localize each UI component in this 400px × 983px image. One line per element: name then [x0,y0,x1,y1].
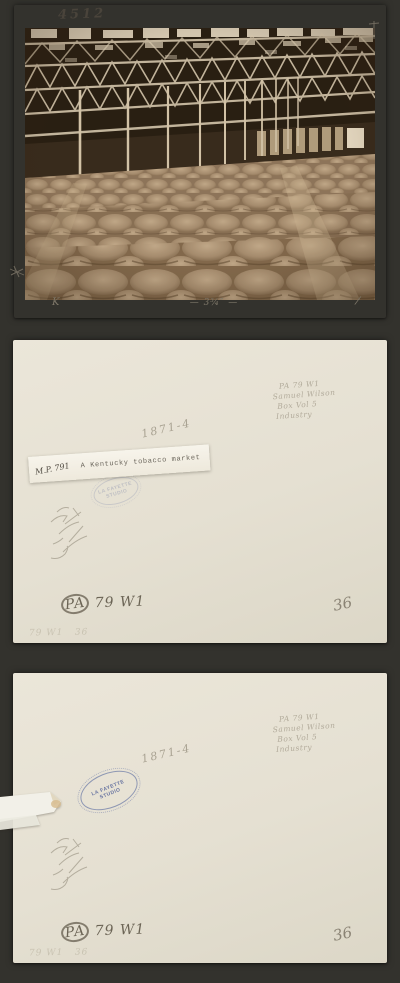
tape-strip [0,791,72,835]
photograph-front: 4512 K — 3¾″ — / [14,5,386,318]
mark-k: K [52,297,59,308]
lafayette-studio-stamp: LA FAYETTE STUDIO [75,763,144,818]
warehouse-photo-image [25,28,375,300]
negative-number: 1871-4 [140,741,192,765]
photograph-back-1: PA 79 W1 Samuel Wilson Box Vol 5 Industr… [13,340,387,643]
accession-number: PA 79 W1 [61,920,146,943]
edge-note: 79 W1 36 [29,947,88,958]
mark-slash: / [355,294,361,307]
catalog-note-block: PA 79 W1 Samuel Wilson Box Vol 5 Industr… [272,378,337,422]
sepia-wash [25,28,375,300]
accession-rest: 79 W1 [94,922,145,940]
accession-prefix-scribbled: PA [60,920,91,944]
pencil-scribbles [43,831,113,899]
label-handwritten-number: M.P. 791 [34,461,70,476]
stamp-text: LA FAYETTE STUDIO [91,778,128,802]
catalog-note-block: PA 79 W1 Samuel Wilson Box Vol 5 Industr… [272,711,337,755]
measurement-note: — 3¾″ — [154,298,274,308]
crop-mark-top-right [368,19,380,41]
page-number: 36 [331,923,353,945]
edge-note: 79 W1 36 [29,627,88,638]
page-number: 36 [331,593,353,615]
pencil-scribbles [43,500,113,568]
negative-number: 1871-4 [140,416,192,440]
warehouse-scene [25,28,375,300]
accession-number: PA 79 W1 [61,592,146,615]
edge-star-mark [8,263,26,279]
label-typed-caption: A Kentucky tobacco market [80,454,200,470]
inscription-4512: 4512 [58,6,107,23]
accession-rest: 79 W1 [94,594,145,612]
stamp-text: LA FAYETTE STUDIO [98,480,135,501]
accession-prefix-scribbled: PA [60,592,91,616]
